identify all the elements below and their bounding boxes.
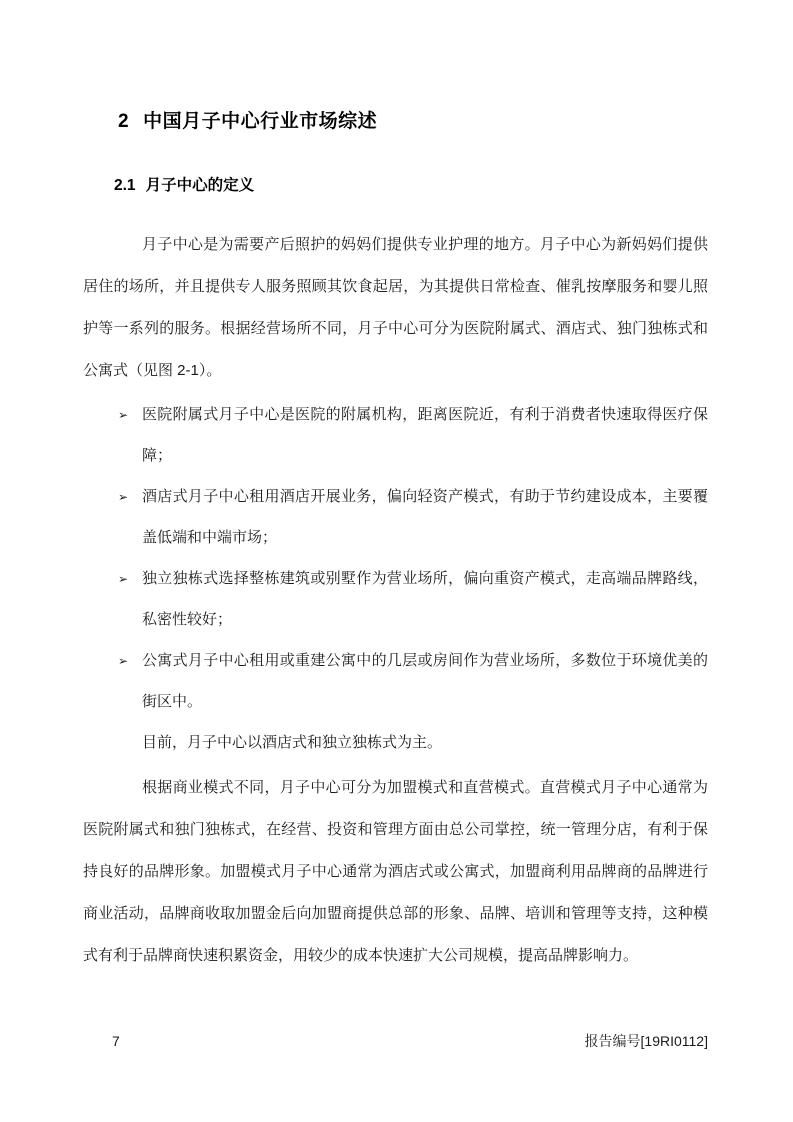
- list-item-hotel-type: ➢酒店式月子中心租用酒店开展业务，偏向轻资产模式，有助于节约建设成本，主要覆盖低…: [83, 476, 708, 558]
- list-item-apartment-type: ➢公寓式月子中心租用或重建公寓中的几层或房间作为营业场所，多数位于环境优美的街区…: [83, 640, 708, 722]
- paragraph-definition: 月子中心是为需要产后照护的妈妈们提供专业护理的地方。月子中心为新妈妈们提供居住的…: [83, 224, 708, 392]
- arrow-bullet-icon: ➢: [118, 477, 128, 518]
- paragraph-status: 目前，月子中心以酒店式和独立独栋式为主。: [83, 722, 708, 764]
- paragraph-business-model: 根据商业模式不同，月子中心可分为加盟模式和直营模式。直营模式月子中心通常为医院附…: [83, 767, 708, 977]
- arrow-bullet-icon: ➢: [118, 559, 128, 600]
- subsection-heading: 2.1月子中心的定义: [114, 177, 708, 194]
- page-content: 2中国月子中心行业市场综述 2.1月子中心的定义 月子中心是为需要产后照护的妈妈…: [83, 0, 708, 977]
- list-item-text: 独立独栋式选择整栋建筑或别墅作为营业场所，偏向重资产模式，走高端品牌路线，私密性…: [142, 570, 708, 628]
- list-item-text: 医院附属式月子中心是医院的附属机构，距离医院近，有利于消费者快速取得医疗保障；: [142, 406, 708, 464]
- list-item-text: 公寓式月子中心租用或重建公寓中的几层或房间作为营业场所，多数位于环境优美的街区中…: [142, 652, 708, 710]
- arrow-bullet-icon: ➢: [118, 395, 128, 436]
- arrow-bullet-icon: ➢: [118, 641, 128, 682]
- center-type-list: ➢医院附属式月子中心是医院的附属机构，距离医院近，有利于消费者快速取得医疗保障；…: [83, 394, 708, 722]
- report-page: 2中国月子中心行业市场综述 2.1月子中心的定义 月子中心是为需要产后照护的妈妈…: [0, 0, 793, 1122]
- section-heading-number: 2: [118, 111, 129, 132]
- list-item-standalone-type: ➢独立独栋式选择整栋建筑或别墅作为营业场所，偏向重资产模式，走高端品牌路线，私密…: [83, 558, 708, 640]
- section-heading-title: 中国月子中心行业市场综述: [143, 111, 377, 132]
- section-heading: 2中国月子中心行业市场综述: [118, 111, 708, 132]
- list-item-text: 酒店式月子中心租用酒店开展业务，偏向轻资产模式，有助于节约建设成本，主要覆盖低端…: [142, 488, 708, 546]
- report-code: 报告编号[19RI0112]: [585, 1032, 708, 1050]
- page-number: 7: [112, 1032, 120, 1050]
- page-footer: 7 报告编号[19RI0112]: [83, 1032, 708, 1050]
- list-item-hospital-type: ➢医院附属式月子中心是医院的附属机构，距离医院近，有利于消费者快速取得医疗保障；: [83, 394, 708, 476]
- subsection-heading-number: 2.1: [114, 177, 136, 194]
- subsection-heading-title: 月子中心的定义: [146, 177, 255, 194]
